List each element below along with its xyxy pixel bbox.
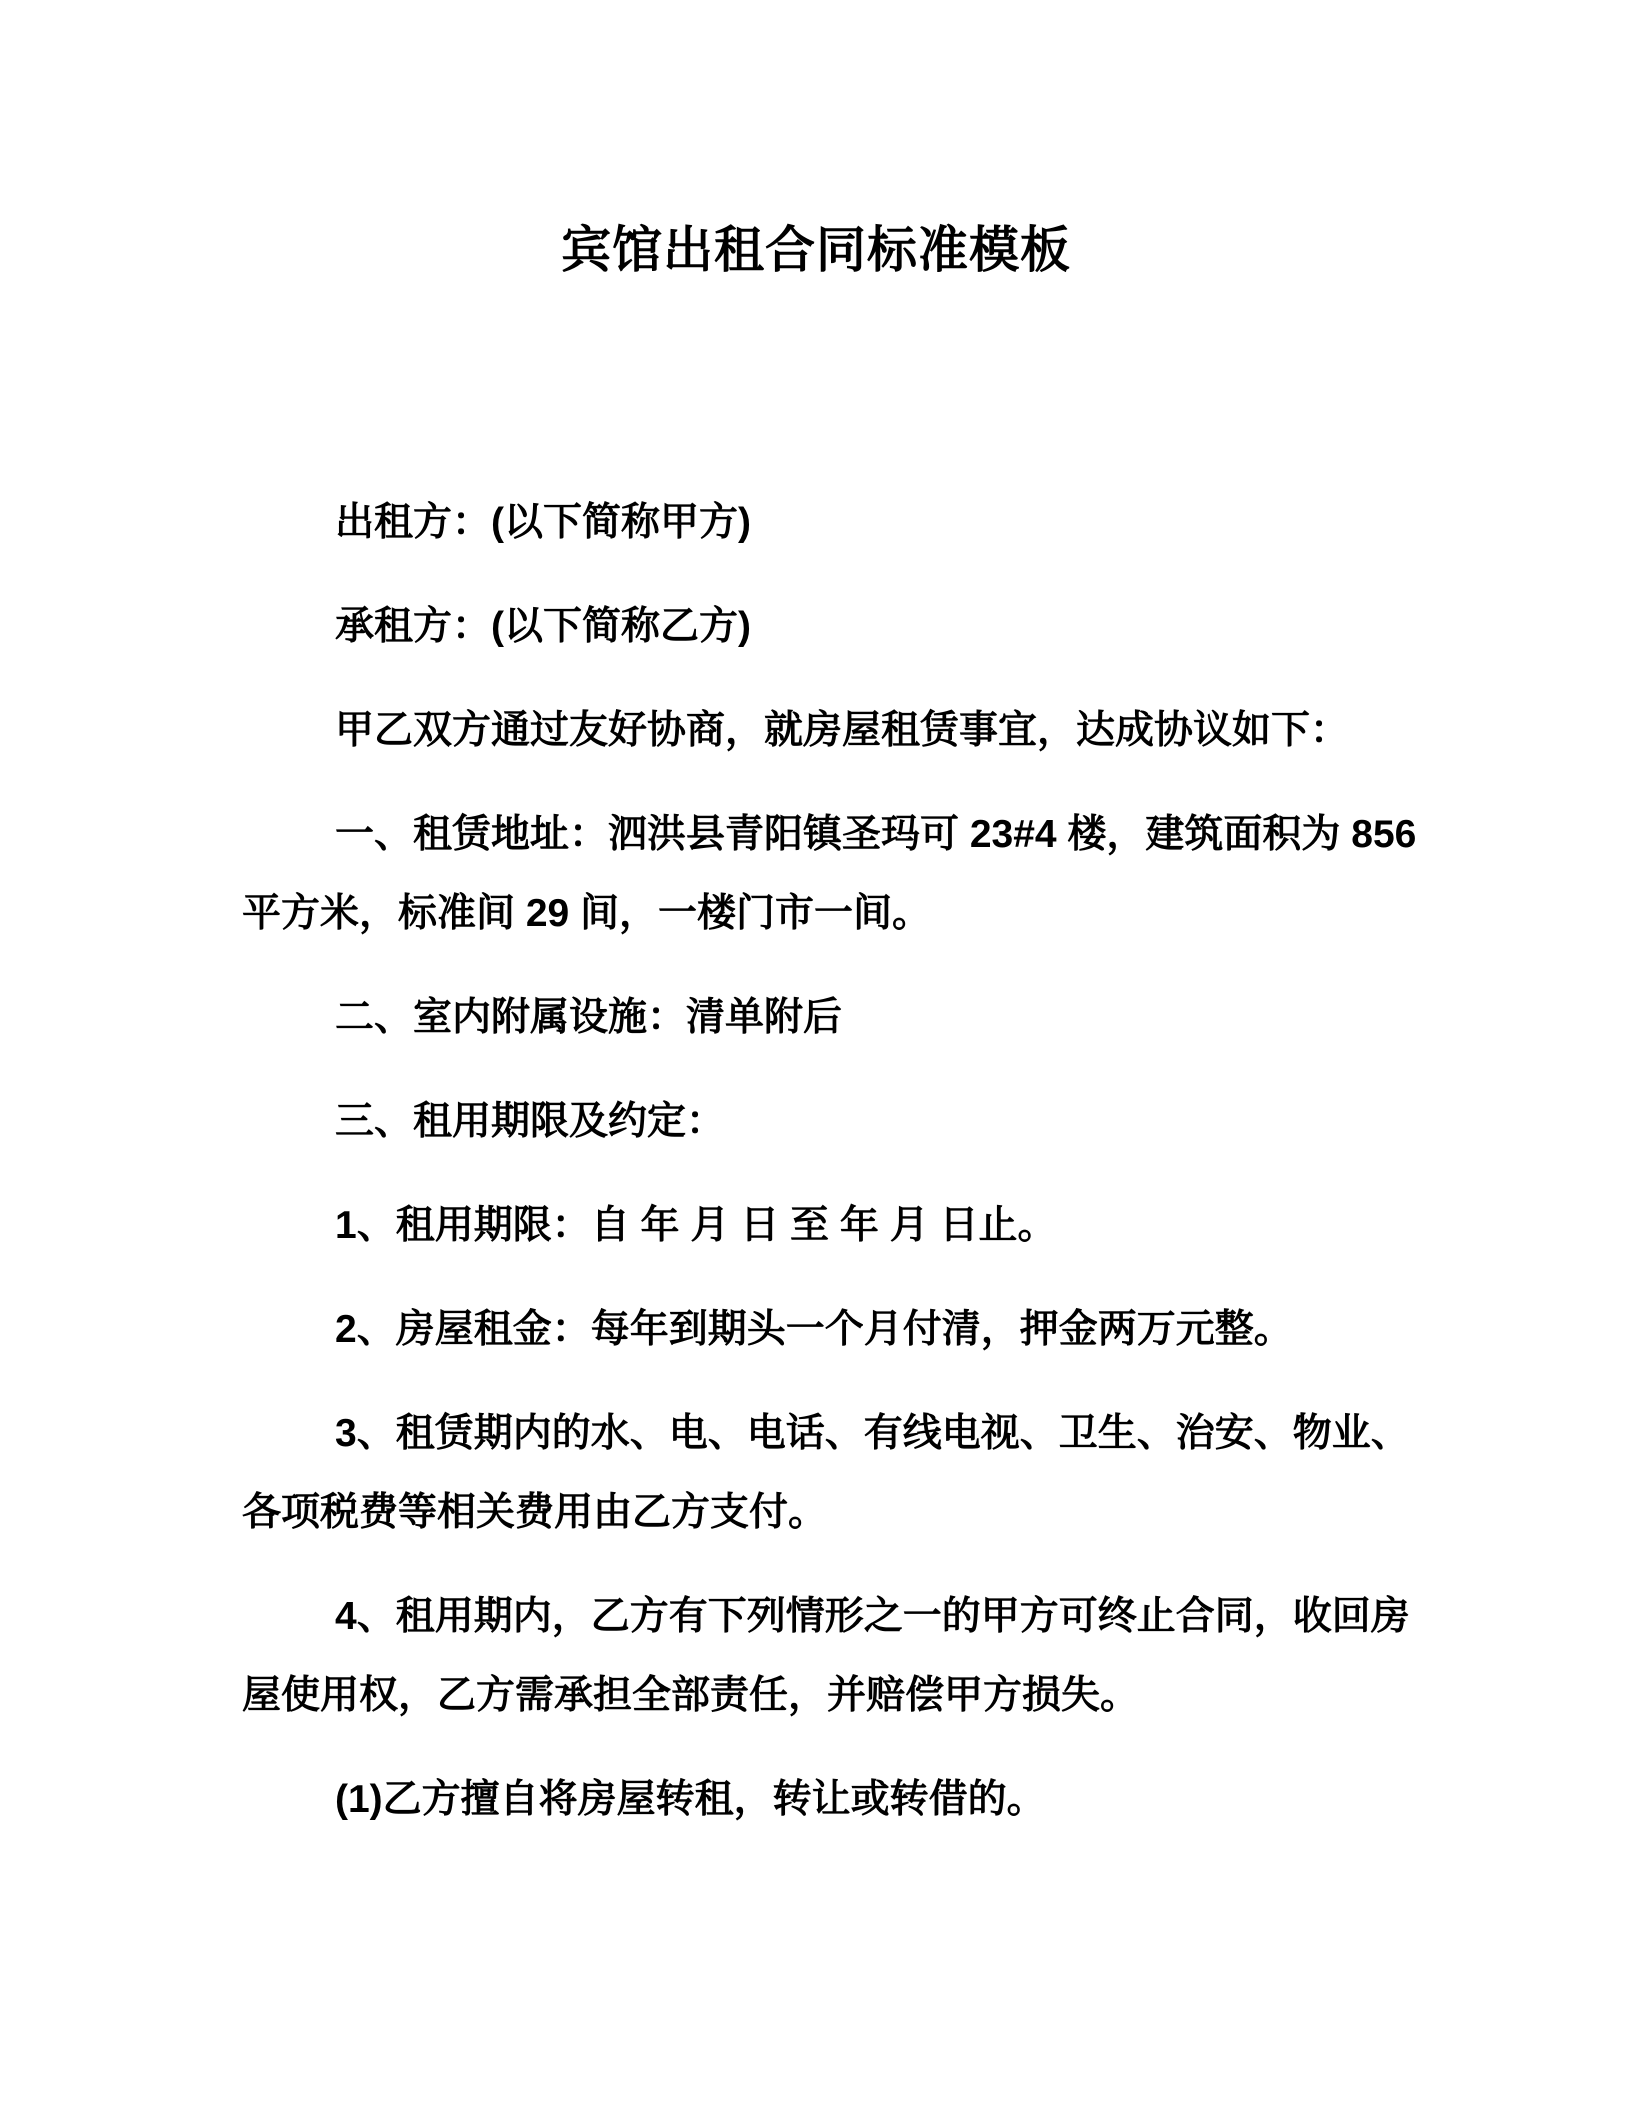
contract-line: 甲乙双方通过友好协商，就房屋租赁事宜，达成协议如下：: [242, 691, 1472, 770]
paragraph-term-4-item-1: (1)乙方擅自将房屋转租，转让或转借的。: [242, 1760, 1472, 1839]
contract-line: 3、租赁期内的水、电、电话、有线电视、卫生、治安、物业、: [242, 1394, 1472, 1473]
contract-line: 二、室内附属设施：清单附后: [242, 978, 1472, 1057]
contract-line: 出租方：(以下简称甲方): [242, 483, 1472, 562]
contract-line: 4、租用期内，乙方有下列情形之一的甲方可终止合同，收回房: [242, 1577, 1472, 1656]
paragraph-lessee: 承租方：(以下简称乙方): [242, 587, 1472, 666]
document-title: 宾馆出租合同标准模板: [0, 0, 1632, 279]
contract-line: (1)乙方擅自将房屋转租，转让或转借的。: [242, 1760, 1472, 1839]
contract-line: 三、租用期限及约定：: [242, 1082, 1472, 1161]
paragraph-term-2-rent: 2、房屋租金：每年到期头一个月付清，押金两万元整。: [242, 1290, 1472, 1369]
contract-line: 2、房屋租金：每年到期头一个月付清，押金两万元整。: [242, 1290, 1472, 1369]
document-body: 出租方：(以下简称甲方) 承租方：(以下简称乙方) 甲乙双方通过友好协商，就房屋…: [0, 279, 1632, 1839]
contract-line: 1、租用期限：自 年 月 日 至 年 月 日止。: [242, 1186, 1472, 1265]
paragraph-preamble: 甲乙双方通过友好协商，就房屋租赁事宜，达成协议如下：: [242, 691, 1472, 770]
paragraph-term-3-fees: 3、租赁期内的水、电、电话、有线电视、卫生、治安、物业、 各项税费等相关费用由乙…: [242, 1394, 1472, 1552]
contract-line: 一、租赁地址：泗洪县青阳镇圣玛可 23#4 楼，建筑面积为 856: [242, 795, 1472, 874]
paragraph-clause-1-address: 一、租赁地址：泗洪县青阳镇圣玛可 23#4 楼，建筑面积为 856 平方米，标准…: [242, 795, 1472, 953]
document-page: 宾馆出租合同标准模板 出租方：(以下简称甲方) 承租方：(以下简称乙方) 甲乙双…: [0, 0, 1632, 2112]
contract-line: 各项税费等相关费用由乙方支付。: [242, 1473, 1472, 1552]
paragraph-term-4-termination: 4、租用期内，乙方有下列情形之一的甲方可终止合同，收回房 屋使用权，乙方需承担全…: [242, 1577, 1472, 1735]
paragraph-clause-2-facilities: 二、室内附属设施：清单附后: [242, 978, 1472, 1057]
paragraph-lessor: 出租方：(以下简称甲方): [242, 483, 1472, 562]
contract-line: 平方米，标准间 29 间，一楼门市一间。: [242, 874, 1472, 953]
paragraph-term-1-duration: 1、租用期限：自 年 月 日 至 年 月 日止。: [242, 1186, 1472, 1265]
contract-line: 承租方：(以下简称乙方): [242, 587, 1472, 666]
contract-line: 屋使用权，乙方需承担全部责任，并赔偿甲方损失。: [242, 1656, 1472, 1735]
paragraph-clause-3-term-heading: 三、租用期限及约定：: [242, 1082, 1472, 1161]
